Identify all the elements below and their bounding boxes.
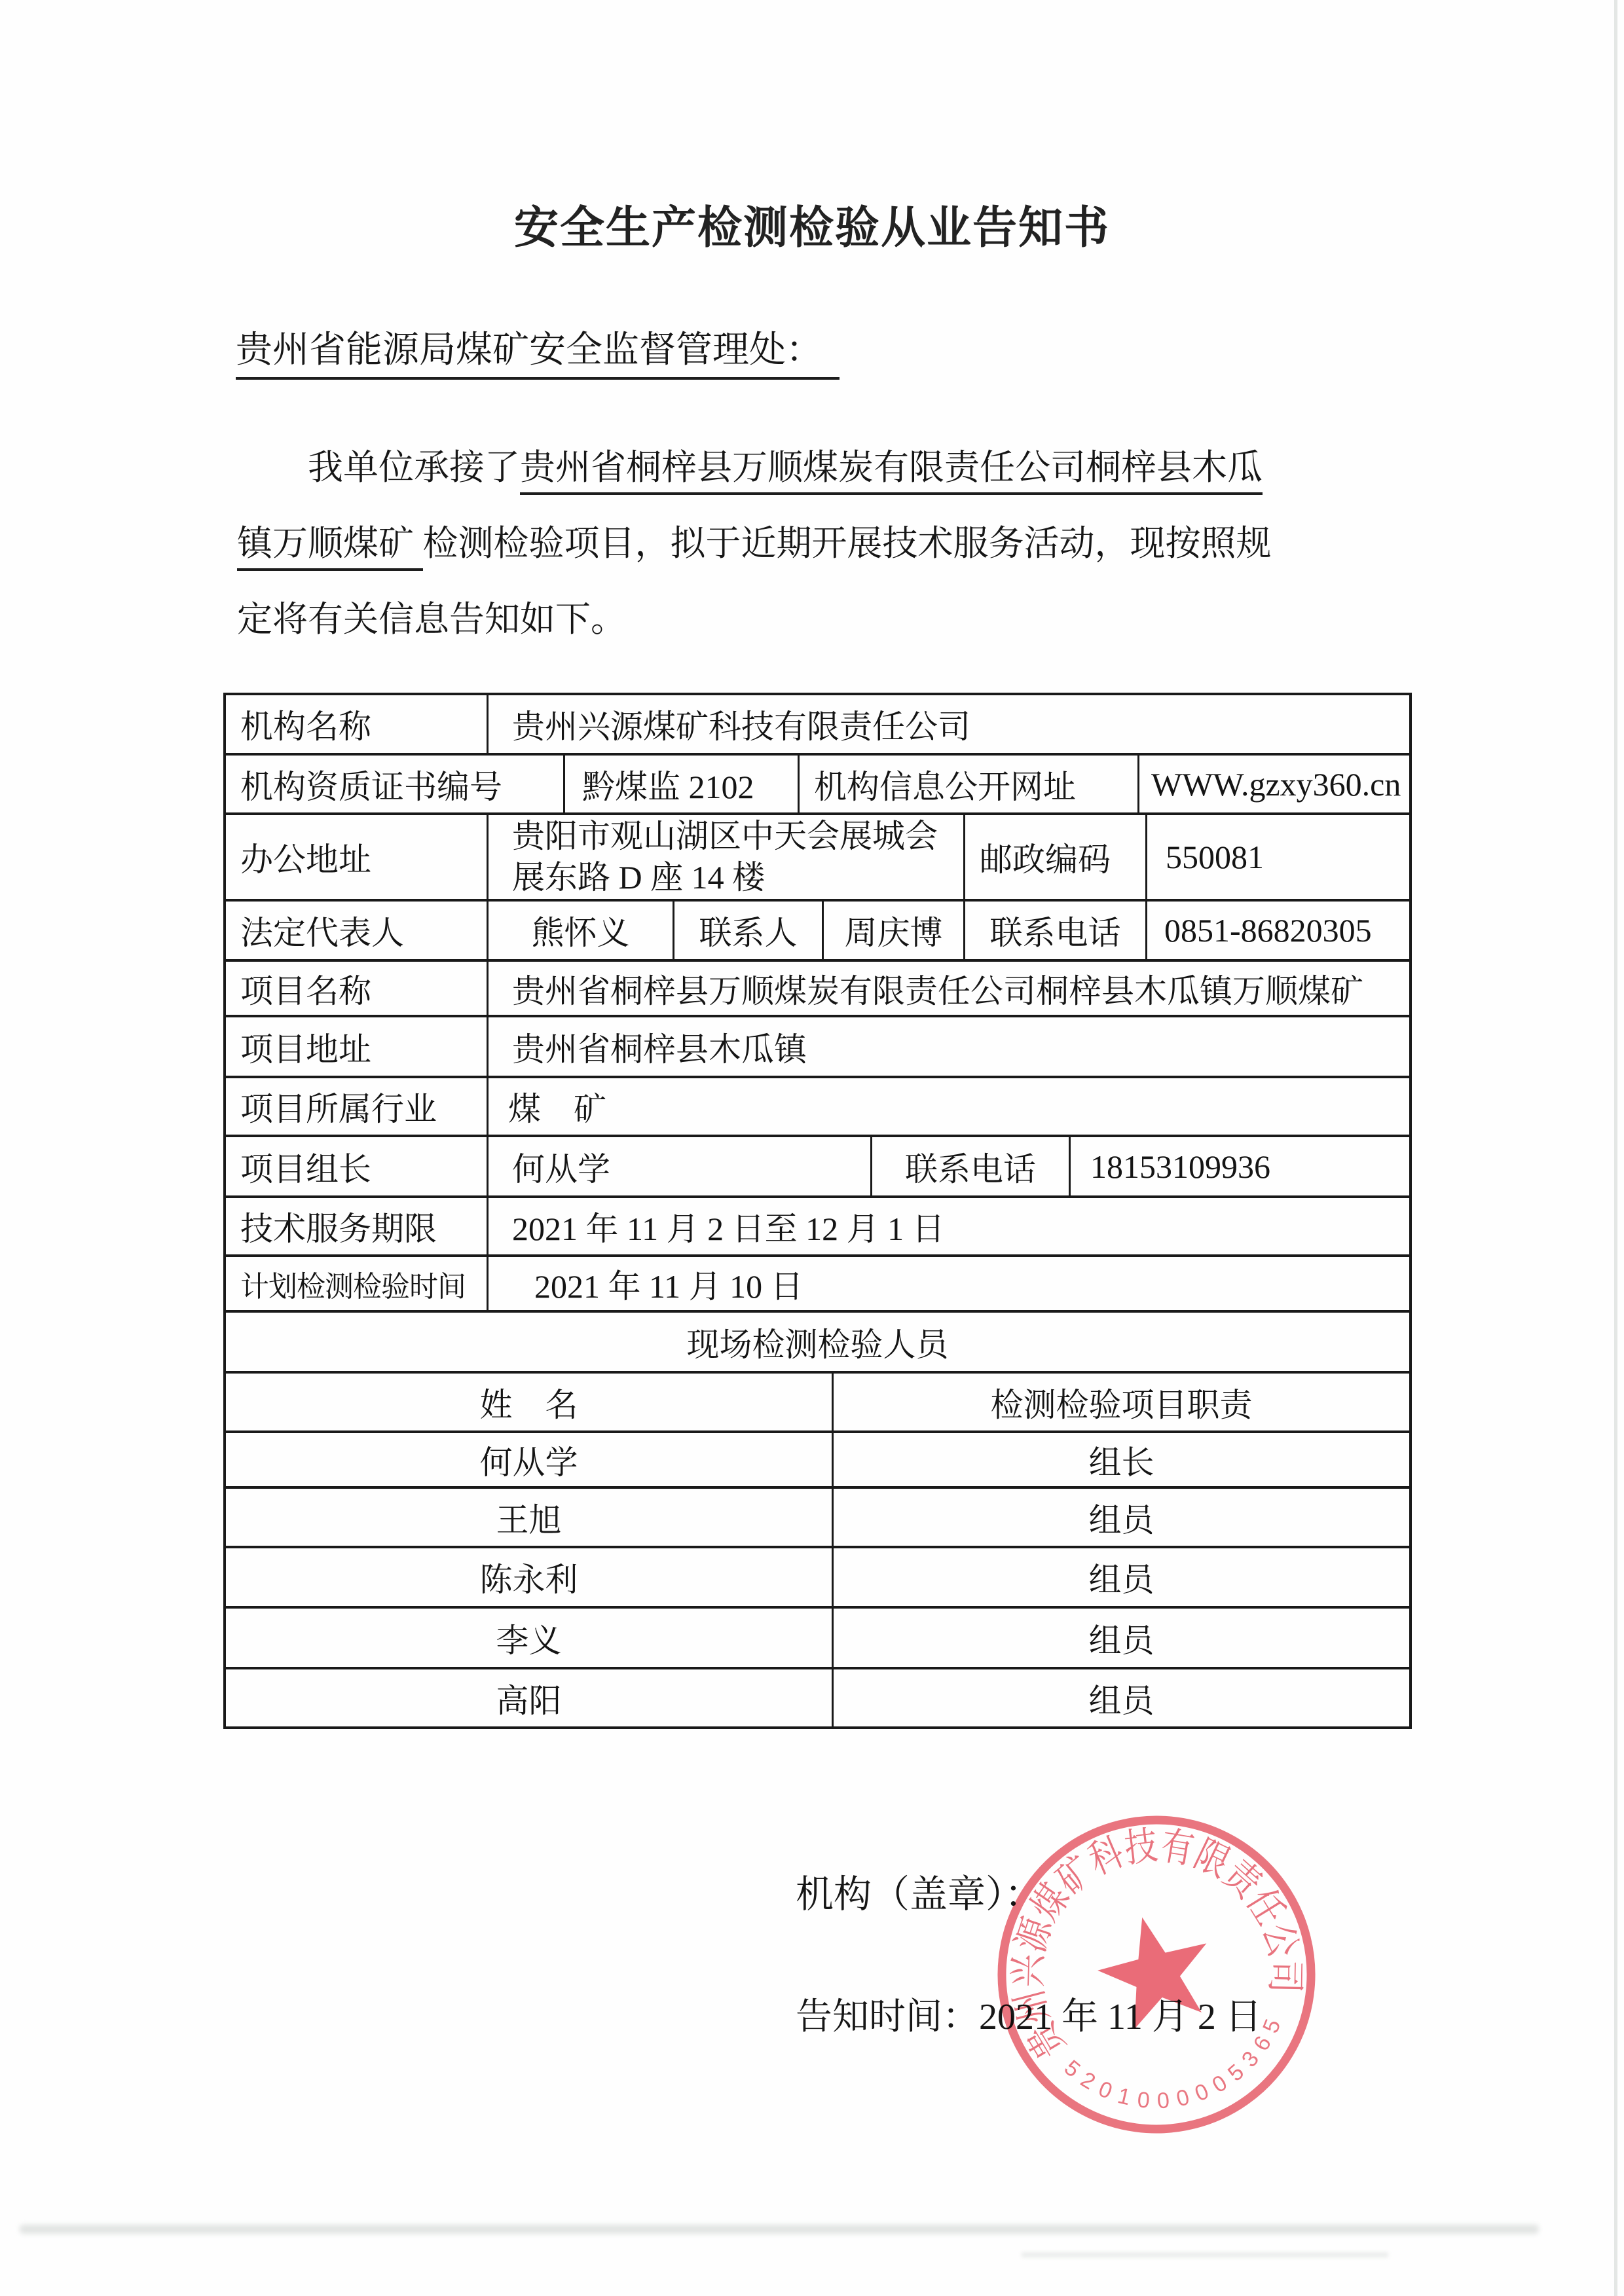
field-value: 贵州省桐梓县万顺煤炭有限责任公司桐梓县木瓜镇万顺煤矿	[489, 962, 1409, 1015]
field-label: 办公地址	[226, 815, 489, 899]
field-value: 贵州省桐梓县木瓜镇	[489, 1017, 1409, 1076]
field-label: 机构名称	[226, 695, 489, 753]
addressee-line: 贵州省能源局煤矿安全监督管理处：	[236, 321, 840, 373]
table-row: 法定代表人熊怀义联系人周庆博联系电话0851-86820305	[226, 902, 1409, 962]
field-value: 2021 年 11 月 10 日	[489, 1257, 1409, 1310]
paragraph-line: 镇万顺煤矿 检测检验项目，拟于近期开展技术服务活动，现按照规	[237, 505, 1390, 581]
company-seal: 贵州兴源煤矿科技有限责任公司 5201000005365	[951, 1770, 1361, 2179]
star-icon	[1088, 1904, 1222, 2034]
table-row: 何从学组长	[226, 1433, 1409, 1489]
table-row: 项目所属行业煤 矿	[226, 1078, 1409, 1137]
table-header: 检测检验项目职责	[834, 1374, 1409, 1430]
text-segment: 检测检验项目，拟于近期开展技术服务活动，现按照规	[423, 524, 1272, 563]
field-label: 计划检测检验时间	[226, 1257, 489, 1310]
field-label: 法定代表人	[226, 902, 489, 959]
table-row: 机构资质证书编号黔煤监 2102机构信息公开网址WWW.gzxy360.cn	[226, 756, 1409, 815]
field-value: 贵阳市观山湖区中天会展城会 展东路 D 座 14 楼	[489, 815, 965, 899]
table-row: 办公地址贵阳市观山湖区中天会展城会 展东路 D 座 14 楼邮政编码550081	[226, 815, 1409, 902]
field-value: 0851-86820305	[1147, 902, 1409, 959]
table-row: 项目名称贵州省桐梓县万顺煤炭有限责任公司桐梓县木瓜镇万顺煤矿	[226, 962, 1409, 1017]
text-segment: 我单位承接了	[237, 448, 520, 487]
field-value: 陈永利	[226, 1548, 834, 1606]
info-table: 机构名称贵州兴源煤矿科技有限责任公司机构资质证书编号黔煤监 2102机构信息公开…	[223, 693, 1412, 1729]
field-value: 王旭	[226, 1489, 834, 1546]
document-page: 安全生产检测检验从业告知书 贵州省能源局煤矿安全监督管理处： 我单位承接了贵州省…	[0, 0, 1624, 2296]
intro-paragraph: 我单位承接了贵州省桐梓县万顺煤炭有限责任公司桐梓县木瓜镇万顺煤矿 检测检验项目，…	[237, 429, 1390, 657]
table-row: 李义组员	[226, 1609, 1409, 1669]
field-label: 联系电话	[965, 902, 1147, 959]
table-row: 计划检测检验时间2021 年 11 月 10 日	[226, 1257, 1409, 1313]
table-row: 王旭组员	[226, 1489, 1409, 1548]
table-row: 项目地址贵州省桐梓县木瓜镇	[226, 1017, 1409, 1078]
field-value: 组员	[834, 1609, 1409, 1667]
field-label: 邮政编码	[965, 815, 1147, 899]
field-value: 李义	[226, 1609, 834, 1667]
paragraph-line: 定将有关信息告知如下。	[237, 581, 1390, 657]
field-value: 贵州兴源煤矿科技有限责任公司	[489, 695, 1409, 753]
table-row: 项目组长何从学联系电话18153109936	[226, 1137, 1409, 1198]
field-value: 黔煤监 2102	[565, 756, 800, 812]
field-label: 项目名称	[226, 962, 489, 1015]
field-value: 何从学	[489, 1137, 872, 1195]
scan-artifact-smudge	[1022, 2252, 1388, 2257]
field-value: 组员	[834, 1489, 1409, 1546]
field-label: 联系人	[674, 902, 824, 959]
field-value: 2021 年 11 月 2 日至 12 月 1 日	[489, 1198, 1409, 1254]
table-row: 陈永利组员	[226, 1548, 1409, 1609]
field-value: 周庆博	[824, 902, 965, 959]
table-row: 技术服务期限2021 年 11 月 2 日至 12 月 1 日	[226, 1198, 1409, 1257]
table-header: 姓 名	[226, 1374, 834, 1430]
field-value: WWW.gzxy360.cn	[1139, 756, 1409, 812]
table-row: 高阳组员	[226, 1669, 1409, 1726]
underlined-text-segment: 贵州省桐梓县万顺煤炭有限责任公司桐梓县木瓜	[520, 448, 1263, 495]
text-segment: 定将有关信息告知如下。	[237, 600, 626, 639]
scan-artifact-smudge	[20, 2225, 1539, 2234]
field-label: 机构资质证书编号	[226, 756, 565, 812]
field-value: 组长	[834, 1433, 1409, 1486]
field-label: 联系电话	[872, 1137, 1071, 1195]
field-label: 技术服务期限	[226, 1198, 489, 1254]
table-row: 机构名称贵州兴源煤矿科技有限责任公司	[226, 695, 1409, 756]
field-label: 项目所属行业	[226, 1078, 489, 1135]
table-row: 现场检测检验人员	[226, 1313, 1409, 1374]
page-title: 安全生产检测检验从业告知书	[0, 192, 1624, 256]
table-row: 姓 名检测检验项目职责	[226, 1374, 1409, 1433]
field-value: 煤 矿	[489, 1078, 1409, 1135]
table-header: 现场检测检验人员	[226, 1313, 1409, 1371]
field-value: 18153109936	[1071, 1137, 1409, 1195]
field-label: 机构信息公开网址	[800, 756, 1139, 812]
addressee-text: 贵州省能源局煤矿安全监督管理处：	[236, 330, 840, 380]
underlined-text-segment: 镇万顺煤矿	[237, 524, 423, 571]
field-value: 组员	[834, 1548, 1409, 1606]
paragraph-line: 我单位承接了贵州省桐梓县万顺煤炭有限责任公司桐梓县木瓜	[237, 429, 1390, 505]
field-value: 何从学	[226, 1433, 834, 1486]
field-value: 高阳	[226, 1669, 834, 1726]
field-value: 550081	[1147, 815, 1409, 899]
scan-edge-line	[1614, 0, 1617, 2296]
field-value: 组员	[834, 1669, 1409, 1726]
field-label: 项目组长	[226, 1137, 489, 1195]
field-value: 熊怀义	[489, 902, 674, 959]
field-label: 项目地址	[226, 1017, 489, 1076]
